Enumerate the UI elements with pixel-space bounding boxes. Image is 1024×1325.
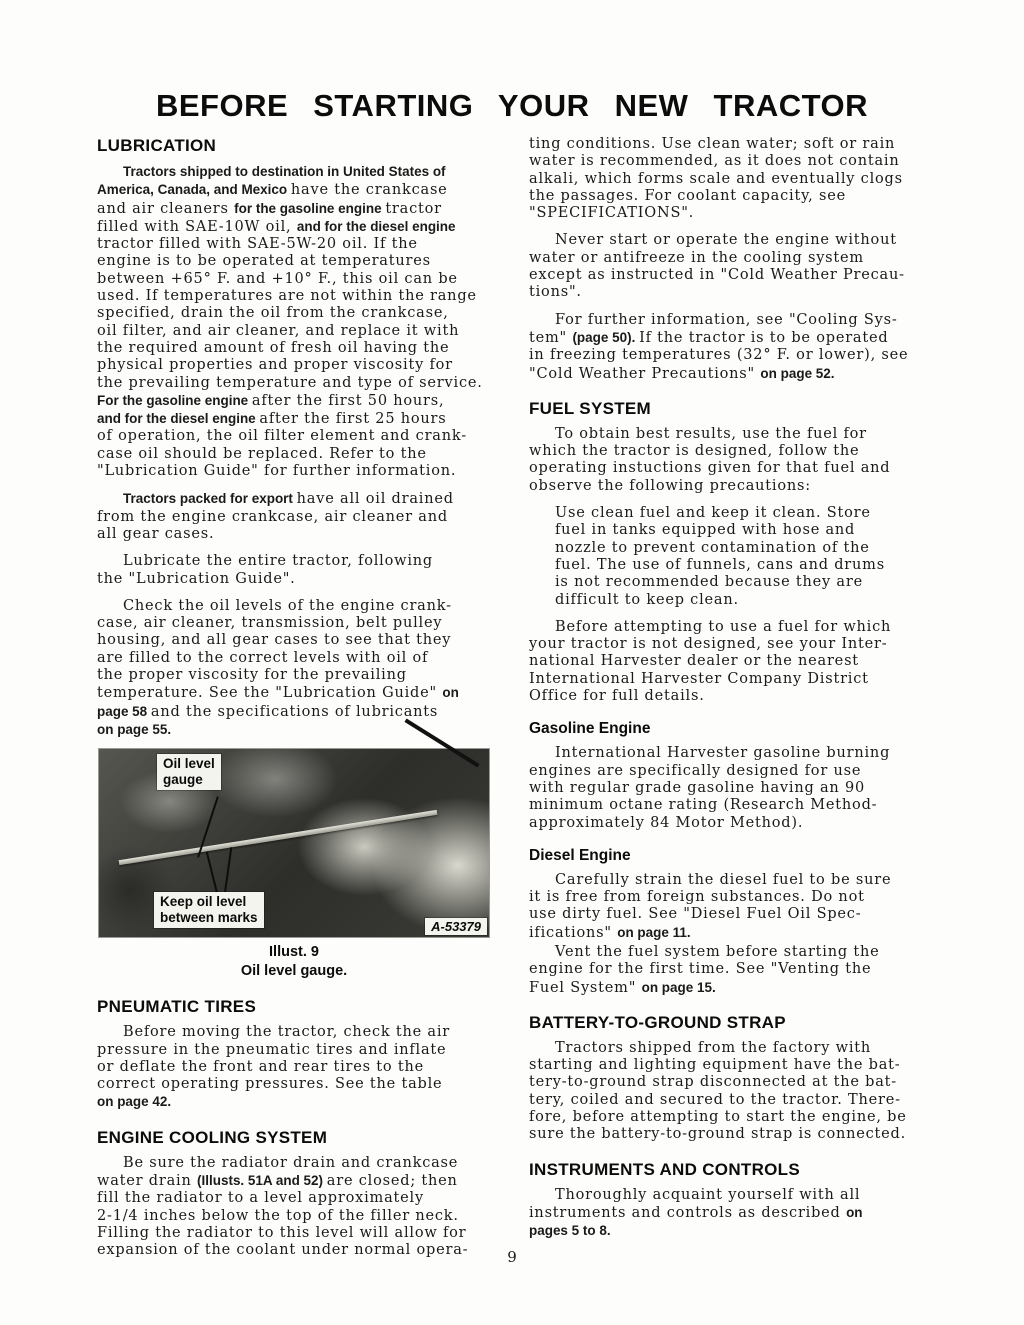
para-pneumatic-tires: Before moving the tractor, check the air… bbox=[97, 1024, 515, 1111]
para-lubrication-3: Lubricate the entire tractor, following … bbox=[97, 553, 515, 588]
dipstick-shape bbox=[119, 810, 438, 865]
pointer-arrow bbox=[224, 847, 233, 895]
text-segment: Tractors packed for export bbox=[123, 491, 297, 506]
para-never-start: Never start or operate the engine withou… bbox=[529, 232, 947, 301]
two-column-layout: LUBRICATION Tractors shipped to destinat… bbox=[0, 124, 1024, 1269]
text-segment: Thoroughly acquaint yourself with all in… bbox=[529, 1187, 860, 1221]
text-segment: and for the diesel engine bbox=[297, 219, 456, 234]
oil-level-gauge-photo: Oil level gauge Keep oil level between m… bbox=[99, 749, 489, 937]
right-column: ting conditions. Use clean water; soft o… bbox=[529, 136, 947, 1269]
text-segment: after the first 50 hours, bbox=[252, 393, 445, 409]
para-cooling-continued: ting conditions. Use clean water; soft o… bbox=[529, 136, 947, 222]
text-segment: tractor filled with SAE-5W-20 oil. If th… bbox=[97, 236, 483, 390]
para-instruments: Thoroughly acquaint yourself with all in… bbox=[529, 1187, 947, 1241]
photo-label-oil-level-gauge: Oil level gauge bbox=[157, 754, 221, 790]
para-fuel-system-precaution: Use clean fuel and keep it clean. Store … bbox=[555, 505, 927, 609]
text-segment: International Harvester gasoline burning… bbox=[529, 745, 890, 830]
para-engine-cooling: Be sure the radiator drain and crankcase… bbox=[97, 1155, 515, 1260]
para-diesel-engine-1: Carefully strain the diesel fuel to be s… bbox=[529, 872, 947, 942]
photo-label-keep-oil-level: Keep oil level between marks bbox=[154, 892, 264, 928]
heading-fuel-system: FUEL SYSTEM bbox=[529, 399, 947, 419]
page-number: 9 bbox=[0, 1248, 1024, 1266]
photo-id-tag: A-53379 bbox=[425, 918, 487, 935]
text-segment: Tractors shipped from the factory with s… bbox=[529, 1040, 907, 1142]
left-column: LUBRICATION Tractors shipped to destinat… bbox=[97, 136, 515, 1269]
para-battery-strap: Tractors shipped from the factory with s… bbox=[529, 1040, 947, 1144]
heading-lubrication: LUBRICATION bbox=[97, 136, 515, 156]
heading-battery-to-ground-strap: BATTERY-TO-GROUND STRAP bbox=[529, 1013, 947, 1033]
text-segment: Before moving the tractor, check the air… bbox=[97, 1024, 450, 1092]
text-segment: on page 11. bbox=[617, 925, 690, 940]
text-segment: and the specifications of lubricants bbox=[151, 704, 438, 720]
text-segment: For the gasoline engine bbox=[97, 393, 252, 408]
text-segment: for the gasoline engine bbox=[234, 201, 385, 216]
para-lubrication-4: Check the oil levels of the engine crank… bbox=[97, 598, 515, 739]
heading-engine-cooling: ENGINE COOLING SYSTEM bbox=[97, 1128, 515, 1148]
text-segment: (Illusts. 51A and 52) bbox=[197, 1173, 327, 1188]
text-segment: on page 55. bbox=[97, 722, 171, 737]
figure-caption: Illust. 9 Oil level gauge. bbox=[99, 943, 489, 981]
text-segment: on page 42. bbox=[97, 1094, 171, 1109]
text-segment: Lubricate the entire tractor, following … bbox=[97, 553, 433, 586]
para-lubrication-1: Tractors shipped to destination in Unite… bbox=[97, 163, 515, 480]
para-lubrication-2: Tractors packed for export have all oil … bbox=[97, 490, 515, 543]
text-segment: on page 52. bbox=[760, 366, 834, 381]
text-segment: To obtain best results, use the fuel for… bbox=[529, 426, 890, 494]
text-segment: and for the diesel engine bbox=[97, 411, 259, 426]
heading-instruments-and-controls: INSTRUMENTS AND CONTROLS bbox=[529, 1160, 947, 1180]
text-segment: Use clean fuel and keep it clean. Store … bbox=[555, 505, 885, 607]
text-segment: ting conditions. Use clean water; soft o… bbox=[529, 136, 903, 221]
manual-page: BEFORE STARTING YOUR NEW TRACTOR LUBRICA… bbox=[0, 0, 1024, 1325]
pointer-arrow bbox=[206, 852, 219, 895]
para-gasoline-engine: International Harvester gasoline burning… bbox=[529, 745, 947, 831]
para-fuel-system-2: Before attempting to use a fuel for whic… bbox=[529, 619, 947, 705]
text-segment: Carefully strain the diesel fuel to be s… bbox=[529, 872, 891, 941]
subheading-diesel-engine: Diesel Engine bbox=[529, 847, 947, 865]
para-further-information: For further information, see "Cooling Sy… bbox=[529, 312, 947, 383]
text-segment: Never start or operate the engine withou… bbox=[529, 232, 905, 300]
text-segment: Check the oil levels of the engine crank… bbox=[97, 598, 452, 701]
text-segment: (page 50). bbox=[572, 330, 639, 345]
para-fuel-system-1: To obtain best results, use the fuel for… bbox=[529, 426, 947, 495]
subheading-gasoline-engine: Gasoline Engine bbox=[529, 720, 947, 738]
para-diesel-engine-2: Vent the fuel system before starting the… bbox=[529, 944, 947, 997]
text-segment: Before attempting to use a fuel for whic… bbox=[529, 619, 891, 704]
heading-pneumatic-tires: PNEUMATIC TIRES bbox=[97, 997, 515, 1017]
text-segment: on page 15. bbox=[642, 980, 716, 995]
page-title: BEFORE STARTING YOUR NEW TRACTOR bbox=[0, 0, 1024, 124]
